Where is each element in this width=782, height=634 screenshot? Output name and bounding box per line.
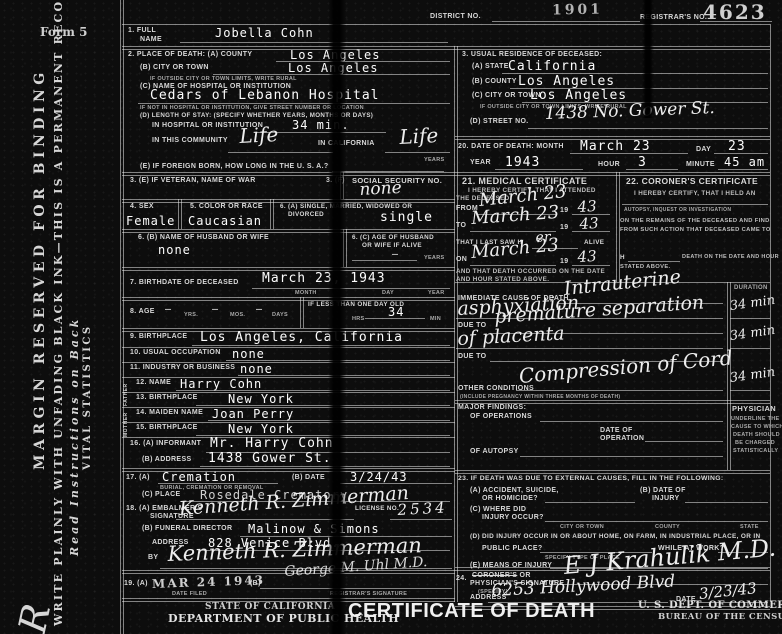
rule	[528, 128, 768, 129]
spouse-age-years-note: YEARS	[424, 255, 444, 261]
residence-county-label: (B) COUNTY	[472, 78, 517, 85]
of-operations-label: OF OPERATIONS	[470, 413, 532, 420]
margin-divider-2	[123, 0, 124, 634]
mother-maiden-label: 14. MAIDEN NAME	[136, 409, 203, 416]
birthplace-label: 9. BIRTHPLACE	[130, 333, 187, 340]
saw-on-label: ON	[456, 256, 467, 263]
rule	[570, 153, 688, 154]
rule	[260, 588, 452, 589]
age-mos-note: MOS.	[230, 312, 245, 318]
coroner-line1: I HEREBY CERTIFY, THAT I HELD AN	[634, 190, 756, 197]
death-hour-value: 3	[638, 155, 647, 170]
disposition-date-label: (B) DATE	[292, 474, 325, 481]
residence-state-value: California	[508, 59, 596, 74]
coroner-line2: ON THE REMAINS OF THE DECEASED AND FIND	[620, 218, 770, 224]
rule	[122, 46, 770, 50]
physician-note-1: UNDERLINE THE	[731, 416, 780, 422]
informant-value: Mr. Harry Cohn	[210, 436, 334, 451]
registrar-sig-b-label: (B)	[250, 580, 261, 587]
rule	[520, 456, 723, 457]
full-name-label: 1. FULL	[128, 27, 156, 34]
birthdate-value: March 23, 1943	[262, 271, 386, 286]
physician-note-3: DEATH SHOULD	[733, 432, 780, 438]
margin-read-instructions-text: Read Instructions on Back	[68, 317, 81, 556]
death-day-value: 23	[728, 139, 746, 154]
disposition-label: 17. (A)	[126, 474, 150, 481]
coroner-cert-title: 22. CORONER'S CERTIFICATE	[626, 176, 758, 186]
injury-label2: INJURY	[652, 495, 680, 502]
form-top-border	[122, 24, 770, 25]
birthplace-value: Los Angeles, California	[200, 330, 403, 345]
mother-side-label: MOTHER	[123, 412, 129, 437]
margin-write-plainly-text: WRITE PLAINLY WITH UNFADING BLACK INK—TH…	[52, 0, 65, 626]
license-label: LICENSE NO.	[355, 505, 399, 512]
rule	[545, 502, 635, 503]
veteran-war-label: 3. (E) IF VETERAN, NAME OF WAR	[130, 177, 256, 184]
place-of-death-label: 2. PLACE OF DEATH: (A) COUNTY	[128, 51, 252, 58]
accident-label2: OR HOMICIDE?	[482, 495, 538, 502]
rule	[192, 345, 450, 346]
in-california-label: IN CALIFORNIA	[318, 140, 375, 147]
day-note: DAY	[382, 290, 394, 296]
father-birthplace-label: 13. BIRTHPLACE	[136, 394, 198, 401]
rule	[495, 169, 583, 170]
informant-address-label: (B) ADDRESS	[142, 456, 191, 463]
death-hour-label: HOUR	[598, 161, 620, 168]
mother-maiden-value: Joan Perry	[212, 407, 294, 421]
physician-label: PHYSICIAN	[732, 404, 776, 413]
due-to-1-value2: of placenta	[457, 322, 565, 350]
death-day-label: DAY	[696, 146, 711, 153]
box-border	[178, 199, 182, 229]
rule	[492, 21, 640, 22]
date-filed-stamp: MAR 24 1943	[152, 573, 265, 591]
occupation-label: 10. USUAL OCCUPATION	[130, 349, 221, 356]
license-value: 2534	[397, 498, 448, 519]
in-community-value: Life	[239, 122, 279, 148]
residence-county-value: Los Angeles	[518, 74, 615, 89]
scan-fold-band	[328, 0, 346, 634]
registrar-no-value: 4623	[703, 0, 767, 24]
rule	[138, 103, 450, 104]
box-border	[270, 199, 274, 229]
where-injury-label2: INJURY OCCUR?	[482, 514, 544, 521]
county-note: COUNTY	[655, 524, 680, 530]
rule	[545, 521, 768, 522]
rule	[200, 466, 450, 467]
public-place-label: PUBLIC PLACE?	[482, 545, 543, 552]
marital-label2: DIVORCED	[288, 211, 324, 218]
mother-birthplace-value: New York	[228, 422, 294, 436]
rule	[180, 42, 448, 43]
spouse-age-label: 6. (C) AGE OF HUSBAND	[352, 234, 434, 241]
residence-title: 3. USUAL RESIDENCE OF DECEASED:	[462, 51, 602, 58]
other-conditions-value: Compression of Cord	[518, 345, 733, 388]
rule	[572, 231, 610, 232]
due-to-2-label: DUE TO	[458, 353, 486, 360]
rule	[718, 169, 768, 170]
coroner-h-label: H	[620, 254, 625, 261]
margin-divider	[120, 0, 121, 634]
age-days-note: DAYS	[272, 312, 288, 318]
father-side-label: FATHER	[123, 383, 129, 406]
industry-value: none	[240, 362, 273, 376]
date-filed-note: DATE FILED	[172, 591, 207, 597]
us-dept-of-commerce: U. S. DEPT. OF COMMERCE	[638, 600, 782, 611]
marital-value: single	[380, 210, 433, 225]
rural-note: IF OUTSIDE CITY OR TOWN LIMITS, WRITE RU…	[150, 76, 297, 82]
min-note: MIN	[430, 316, 441, 322]
rule	[572, 265, 610, 266]
form-right-border	[770, 24, 771, 602]
disposition-value: Cremation	[162, 470, 236, 484]
rule	[122, 297, 455, 301]
rule	[626, 169, 678, 170]
medical-line3: AND THAT DEATH OCCURRED ON THE DATE	[456, 268, 605, 275]
residence-state-label: (A) STATE	[472, 63, 509, 70]
father-name-label: 12. NAME	[136, 379, 171, 386]
full-name-value: Jobella Cohn	[215, 26, 314, 40]
spouse-name-value: none	[158, 243, 191, 257]
rule	[730, 348, 770, 349]
death-month-value: March 23	[580, 139, 651, 154]
spouse-name-label: 6. (B) NAME OF HUSBAND OR WIFE	[138, 234, 269, 241]
rule	[252, 288, 450, 289]
rule	[390, 519, 452, 520]
on-19-label: 19	[560, 258, 569, 265]
sex-value: Female	[126, 214, 175, 228]
physician-note-2: CAUSE TO WHICH	[731, 424, 782, 430]
age-yrs-note: YRS.	[184, 312, 198, 318]
certificate-of-death-title: CERTIFICATE OF DEATH	[348, 600, 595, 623]
from-19-label: 19	[560, 207, 569, 214]
where-injury-label: (C) WHERE DID	[470, 506, 526, 513]
birthdate-label: 7. BIRTHDATE OF DECEASED	[130, 279, 239, 286]
death-certificate-scan: Form 5 R MARGIN RESERVED FOR BINDING WRI…	[0, 0, 782, 634]
coroner-line4: DEATH ON THE DATE AND HOUR	[682, 254, 779, 260]
death-minute-value: 45 am	[724, 155, 765, 169]
coroner-line3: FROM SUCH ACTION THAT DECEASED CAME TO	[620, 227, 771, 233]
rule	[470, 265, 556, 266]
street-no-label: (D) STREET NO.	[470, 118, 529, 125]
or-word: OR	[517, 572, 531, 579]
age-yrs-dash: —	[165, 304, 172, 315]
coroner-word: CORONER'S	[472, 572, 517, 579]
filed-label: 19. (A)	[124, 580, 148, 587]
by-label: BY	[148, 554, 158, 561]
rule	[540, 421, 723, 422]
rule	[196, 405, 450, 406]
coroner-or-label: CORONER'S OR	[472, 572, 531, 579]
death-year-value: 1943	[505, 155, 540, 170]
month-note: MONTH	[295, 290, 317, 296]
rule	[385, 152, 450, 153]
rule	[622, 204, 768, 205]
year-note: YEAR	[428, 290, 444, 296]
funeral-director-value: Malinow & Simons	[248, 522, 380, 536]
external-causes-title: 23. IF DEATH WAS DUE TO EXTERNAL CAUSES,…	[458, 475, 724, 482]
hrs-note: HRS	[352, 316, 365, 322]
rule	[645, 441, 723, 442]
district-no-label: DISTRICT NO.	[430, 13, 481, 20]
duration-header: DURATION	[734, 285, 768, 291]
rule	[628, 261, 680, 262]
mother-birthplace-label: 15. BIRTHPLACE	[136, 424, 198, 431]
rule	[714, 153, 768, 154]
alive-label: ALIVE	[584, 239, 604, 246]
physician-note-5: STATISTICALLY	[733, 448, 778, 454]
rule	[122, 377, 455, 378]
father-birthplace-value: New York	[228, 392, 294, 406]
in-community-label: IN THIS COMMUNITY	[152, 137, 228, 144]
physician-note-4: BE CHARGED	[735, 440, 775, 446]
years-note: YEARS	[424, 157, 444, 163]
of-autopsy-label: OF AUTOPSY	[470, 448, 519, 455]
rule	[228, 152, 333, 153]
accident-label: (A) ACCIDENT, SUICIDE,	[470, 487, 559, 494]
rule	[730, 318, 770, 319]
informant-address-value: 1438 Gower St.	[208, 451, 332, 466]
death-year-label: YEAR	[470, 159, 491, 166]
on-year-value: 43	[577, 247, 597, 266]
scan-fold-band-top-right	[642, 0, 654, 118]
sig-num-label: 24.	[456, 575, 467, 582]
state-note: STATE	[740, 524, 759, 530]
rule	[365, 318, 425, 319]
rule	[685, 502, 768, 503]
attended-to-label: TO	[456, 222, 466, 229]
age-mos-dash: —	[212, 304, 219, 315]
bureau-of-the-census: BUREAU OF THE CENSUS	[658, 612, 782, 622]
sex-label: 4. SEX	[130, 203, 154, 210]
age-min-value: 34	[388, 305, 404, 319]
margin-vital-statistics-text: VITAL STATISTICS	[82, 324, 93, 470]
rule	[730, 390, 770, 391]
father-name-value: Harry Cohn	[180, 377, 262, 391]
major-findings-label: MAJOR FINDINGS:	[458, 404, 526, 411]
funeral-director-label: (B) FUNERAL DIRECTOR	[142, 525, 232, 532]
rule	[176, 390, 450, 391]
age-label: 8. AGE	[130, 308, 155, 315]
rule	[122, 362, 455, 363]
death-minute-label: MINUTE	[686, 161, 715, 168]
city-or-town-note: CITY OR TOWN	[560, 524, 604, 530]
ssn-value: none	[359, 178, 402, 200]
disposition-place-label: (C) PLACE	[142, 491, 181, 498]
rule	[352, 260, 417, 261]
marital-label: 6. (A) SINGLE, MARRIED, WIDOWED OR	[280, 203, 412, 210]
date-of-death-label: 20. DATE OF DEATH: MONTH	[458, 143, 564, 150]
spouse-age-dash: —	[392, 249, 399, 260]
margin-binding-text: MARGIN RESERVED FOR BINDING	[32, 68, 48, 470]
date-of-operation-label2: OPERATION	[600, 435, 644, 442]
industry-label: 11. INDUSTRY OR BUSINESS	[130, 364, 235, 371]
district-no-stamp: 1901	[552, 2, 603, 19]
rule	[455, 470, 770, 474]
rule	[158, 483, 278, 484]
spouse-age-label2: OR WIFE IF ALIVE	[362, 242, 422, 249]
to-19-label: 19	[560, 224, 569, 231]
coroner-note: AUTOPSY, INQUEST OR INVESTIGATION	[624, 207, 731, 213]
death-city-label: (B) CITY OR TOWN	[140, 64, 209, 71]
race-label: 5. COLOR OR RACE	[190, 203, 263, 210]
rule	[516, 390, 723, 391]
foreign-born-label: (E) IF FOREIGN BORN, HOW LONG IN THE U. …	[140, 163, 329, 170]
date-of-injury-label: (B) DATE OF	[640, 487, 686, 494]
rule	[122, 347, 455, 348]
in-california-value: Life	[399, 123, 439, 149]
date-of-operation-label: DATE OF	[600, 427, 633, 434]
informant-label: 16. (A) INFORMANT	[130, 440, 201, 447]
age-days-dash: —	[256, 304, 263, 315]
rule	[122, 229, 455, 233]
box-border	[300, 297, 304, 328]
occupation-value: none	[232, 347, 265, 361]
state-of-california: STATE OF CALIFORNIA	[205, 602, 335, 612]
full-name-label2: NAME	[140, 36, 162, 43]
race-value: Caucasian	[188, 214, 262, 228]
